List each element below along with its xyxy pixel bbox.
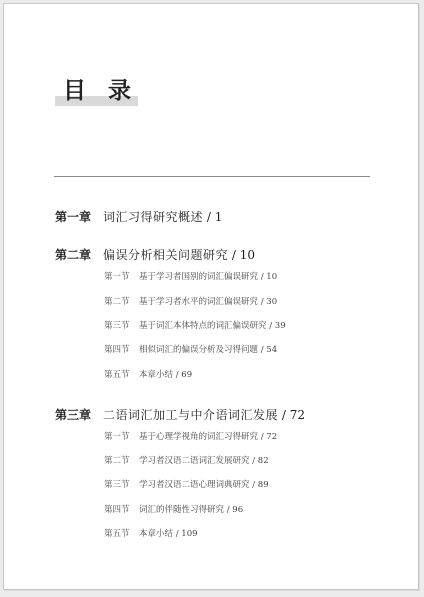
page-title: 目录 [63,77,153,105]
toc-section[interactable]: 第三节基于词汇本体特点的词汇偏误研究 / 39 [104,320,286,332]
section-page: / 39 [269,321,285,331]
section-title: 本章小结 [139,370,173,380]
section-page: / 72 [261,432,277,442]
section-title: 相似词汇的偏误分析及习得问题 [139,345,258,355]
document-page: 目录 第一章词汇习得研究概述 / 1 第二章偏误分析相关问题研究 / 10 第一… [3,3,419,590]
chapter-page: / 72 [282,408,305,422]
section-page: / 30 [261,297,277,307]
chapter-page: / 1 [207,210,223,224]
chapter-number: 第二章 [55,247,103,263]
section-page: / 54 [261,345,277,355]
horizontal-rule [54,176,370,177]
section-page: / 109 [176,529,198,539]
section-number: 第五节 [104,369,139,381]
toc-chapter-1[interactable]: 第一章词汇习得研究概述 / 1 [55,209,222,225]
section-title: 本章小结 [139,529,173,539]
section-number: 第二节 [104,296,139,308]
toc-chapter-2[interactable]: 第二章偏误分析相关问题研究 / 10 [55,247,255,263]
section-title: 学习者汉语二语心理词典研究 [139,480,250,490]
section-page: / 89 [252,480,268,490]
section-number: 第三节 [104,320,139,332]
chapter-title: 偏误分析相关问题研究 [103,248,228,262]
toc-chapter-3[interactable]: 第三章二语词汇加工与中介语词汇发展 / 72 [55,407,305,423]
toc-section[interactable]: 第二节学习者汉语二语词汇发展研究 / 82 [104,455,269,467]
toc-section[interactable]: 第一节基于心理学视角的词汇习得研究 / 72 [104,431,277,443]
section-title: 基于词汇本体特点的词汇偏误研究 [139,321,267,331]
chapter-page: / 10 [232,248,255,262]
section-page: / 96 [227,505,243,515]
toc-section[interactable]: 第二节基于学习者水平的词汇偏误研究 / 30 [104,296,277,308]
section-title: 基于学习者水平的词汇偏误研究 [139,297,258,307]
toc-section[interactable]: 第三节学习者汉语二语心理词典研究 / 89 [104,479,269,491]
section-number: 第二节 [104,455,139,467]
toc-section[interactable]: 第四节相似词汇的偏误分析及习得问题 / 54 [104,344,277,356]
section-number: 第一节 [104,271,139,283]
section-number: 第五节 [104,528,139,540]
section-number: 第四节 [104,344,139,356]
chapter-number: 第一章 [55,209,103,225]
section-page: / 82 [252,456,268,466]
section-title: 词汇的伴随性习得研究 [139,505,224,515]
section-page: / 69 [176,370,192,380]
section-number: 第四节 [104,504,139,516]
chapter-number: 第三章 [55,407,103,423]
chapter-title: 二语词汇加工与中介语词汇发展 [103,408,278,422]
section-number: 第三节 [104,479,139,491]
section-title: 基于心理学视角的词汇习得研究 [139,432,258,442]
toc-section[interactable]: 第一节基于学习者国别的词汇偏误研究 / 10 [104,271,277,283]
section-number: 第一节 [104,431,139,443]
section-page: / 10 [261,272,277,282]
section-title: 学习者汉语二语词汇发展研究 [139,456,250,466]
toc-section[interactable]: 第五节本章小结 / 109 [104,528,198,540]
toc-section[interactable]: 第五节本章小结 / 69 [104,369,192,381]
chapter-title: 词汇习得研究概述 [103,210,203,224]
section-title: 基于学习者国别的词汇偏误研究 [139,272,258,282]
toc-section[interactable]: 第四节词汇的伴随性习得研究 / 96 [104,504,243,516]
toc-heading: 目录 [55,77,138,107]
